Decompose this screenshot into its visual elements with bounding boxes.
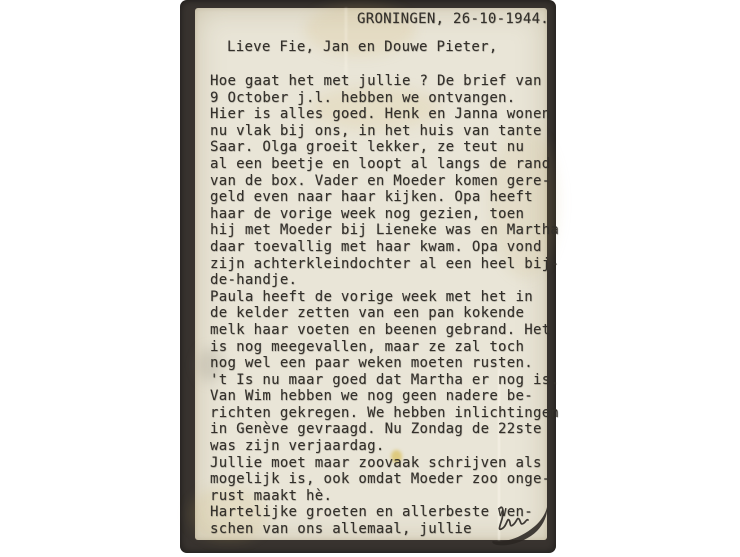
letter-line: daar toevallig met haar kwam. Opa vond xyxy=(210,239,559,256)
letter-line: richten gekregen. We hebben inlichtingen xyxy=(210,405,559,422)
letter-line: Hier is alles goed. Henk en Janna wonen xyxy=(210,106,559,123)
letter-line: mogelijk is, ook omdat Moeder zoo onge- xyxy=(210,471,559,488)
letter-line: van de box. Vader en Moeder komen gere- xyxy=(210,173,559,190)
letter-line: in Genève gevraagd. Nu Zondag de 22ste xyxy=(210,421,559,438)
letter-line: haar de vorige week nog gezien, toen xyxy=(210,206,559,223)
letter-line: nog wel een paar weken moeten rusten. xyxy=(210,355,559,372)
letter-line: melk haar voeten en beenen gebrand. Het xyxy=(210,322,559,339)
letter-line: zijn achterkleindochter al een heel bij- xyxy=(210,256,559,273)
letter-line: Paula heeft de vorige week met het in xyxy=(210,289,559,306)
postcard-scan: GRONINGEN, 26-10-1944. Lieve Fie, Jan en… xyxy=(180,0,556,553)
dateline: GRONINGEN, 26-10-1944. xyxy=(357,11,549,27)
letter-line: was zijn verjaardag. xyxy=(210,438,559,455)
letter-line: Saar. Olga groeit lekker, ze teut nu xyxy=(210,139,559,156)
salutation: Lieve Fie, Jan en Douwe Pieter, xyxy=(227,39,498,55)
letter-body: Hoe gaat het met jullie ? De brief van9 … xyxy=(210,73,559,538)
letter-line: 9 October j.l. hebben we ontvangen. xyxy=(210,90,559,107)
letter-line: Van Wim hebben we nog geen nadere be- xyxy=(210,388,559,405)
postcard-paper: GRONINGEN, 26-10-1944. Lieve Fie, Jan en… xyxy=(195,8,547,540)
letter-line: nu vlak bij ons, in het huis van tante xyxy=(210,123,559,140)
letter-line: geld even naar haar kijken. Opa heeft xyxy=(210,189,559,206)
letter-line: hij met Moeder bij Lieneke was en Martha xyxy=(210,222,559,239)
letter-line: de kelder zetten van een pan kokende xyxy=(210,305,559,322)
letter-line: al een beetje en loopt al langs de rand xyxy=(210,156,559,173)
letter-line: 't Is nu maar goed dat Martha er nog is. xyxy=(210,372,559,389)
letter-line: is nog meegevallen, maar ze zal toch xyxy=(210,339,559,356)
handwritten-signature-icon xyxy=(491,502,549,550)
letter-line: de-handje. xyxy=(210,272,559,289)
letter-line: Jullie moet maar zoovaak schrijven als xyxy=(210,455,559,472)
letter-line: Hoe gaat het met jullie ? De brief van xyxy=(210,73,559,90)
